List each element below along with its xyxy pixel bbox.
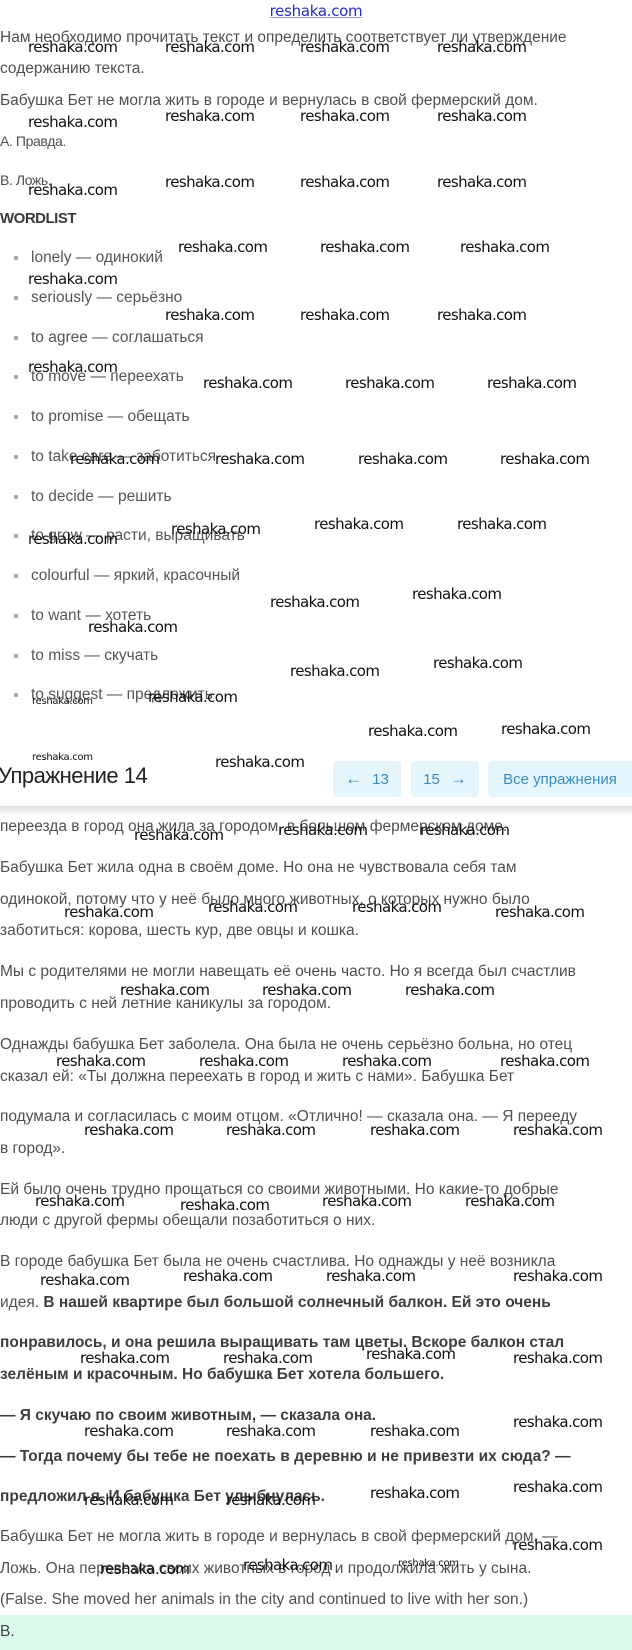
text-normal: идея. [0,1294,43,1311]
answer-value: В. [0,1623,15,1640]
bullet-icon [14,296,18,300]
wordlist-item-text: to decide — решить [31,488,172,505]
watermark-text: reshaka.com [165,173,254,191]
conclusion-line: (False. She moved her animals in the cit… [0,1591,528,1609]
text-line: Мы с родителями не могли навещать её оче… [0,963,576,981]
exercise-title: Упражнение 14 [0,763,147,789]
site-link[interactable]: reshaka.com [0,2,632,20]
wordlist-item: to promise — обещать [14,408,190,426]
text-line: Однажды бабушка Бет заболела. Она была н… [0,1036,572,1054]
wordlist-item-text: to promise — обещать [31,408,190,425]
watermark-text: reshaka.com [28,270,117,288]
watermark-text: reshaka.com [32,752,93,763]
bullet-icon [14,455,18,459]
watermark-text: reshaka.com [300,173,389,191]
instruction-line-1: Нам необходимо прочитать текст и определ… [0,29,567,47]
bullet-icon [14,375,18,379]
watermark-text: reshaka.com [270,593,359,611]
bullet-icon [14,654,18,658]
watermark-text: reshaka.com [314,515,403,533]
wordlist-item: colourful — яркий, красочный [14,567,240,585]
watermark-text: reshaka.com [320,238,409,256]
statement: Бабушка Бет не могла жить в городе и вер… [0,92,538,110]
watermark-text: reshaka.com [405,981,494,999]
watermark-text: reshaka.com [513,1413,602,1431]
wordlist-item: to suggest — предложить [14,686,213,704]
watermark-text: reshaka.com [501,720,590,738]
conclusion-line: Бабушка Бет не могла жить в городе и вер… [0,1528,558,1546]
text-line-bold: — Я скучаю по своим животным, — сказала … [0,1407,376,1425]
nav-divider [0,806,632,816]
wordlist-item-text: to move — переехать [31,368,184,385]
watermark-text: reshaka.com [460,238,549,256]
all-exercises-label: Все упражнения [503,771,617,788]
watermark-text: reshaka.com [457,515,546,533]
wordlist-item: to grow — расти, выращивать [14,527,245,545]
wordlist-item: lonely — одинокий [14,249,163,267]
prev-exercise-button[interactable]: ← 13 [333,761,401,797]
text-line-bold: понравилось, и она решила выращивать там… [0,1334,564,1352]
wordlist-item-text: colourful — яркий, красочный [31,567,240,584]
watermark-text: reshaka.com [215,753,304,771]
wordlist-item-text: to miss — скучать [31,647,158,664]
watermark-text: reshaka.com [412,585,501,603]
text-line: Бабушка Бет жила одна в своём доме. Но о… [0,859,517,877]
text-line: в город». [0,1140,65,1158]
text-line: подумала и согласилась с моим отцом. «От… [0,1108,577,1126]
watermark-text: reshaka.com [345,374,434,392]
watermark-text: reshaka.com [368,722,457,740]
wordlist-item: seriously — серьёзно [14,289,182,307]
bullet-icon [14,534,18,538]
watermark-text: reshaka.com [290,662,379,680]
arrow-right-icon: → [450,769,467,789]
option-a: А. Правда. [0,133,66,149]
bullet-icon [14,574,18,578]
bullet-icon [14,614,18,618]
answer-box: В. [0,1615,632,1650]
next-exercise-number: 15 [423,771,440,788]
wordlist-heading: WORDLIST [0,210,76,227]
watermark-text: reshaka.com [300,306,389,324]
text-line: переезда в город она жила за городом, в … [0,818,507,836]
text-line: В городе бабушка Бет была не очень счаст… [0,1253,555,1271]
all-exercises-button[interactable]: Все упражнения [488,761,632,797]
watermark-text: reshaka.com [178,238,267,256]
bullet-icon [14,256,18,260]
wordlist-item: to take care — заботиться [14,448,216,466]
text-line: одинокой, потому что у неё было много жи… [0,891,530,909]
watermark-text: reshaka.com [370,1422,459,1440]
wordlist-item-text: to take care — заботиться [31,448,216,465]
text-line: проводить с ней летние каникулы за город… [0,995,331,1013]
text-line-bold: предложил я. И бабушка Бет улыбнулась. [0,1488,325,1506]
watermark-text: reshaka.com [28,113,117,131]
text-line-bold: зелёным и красочным. Но бабушка Бет хоте… [0,1366,444,1384]
text-line-mixed: идея. В нашей квартире был большой солне… [0,1294,551,1312]
watermark-text: reshaka.com [437,173,526,191]
text-line: заботиться: корова, шесть кур, две овцы … [0,922,359,940]
wordlist-item: to want — хотеть [14,607,151,625]
watermark-text: reshaka.com [215,450,304,468]
text-bold: В нашей квартире был большой солнечный б… [43,1294,550,1311]
instruction-line-2: содержанию текста. [0,60,145,78]
watermark-text: reshaka.com [40,1271,129,1289]
arrow-left-icon: ← [345,769,362,789]
bullet-icon [14,415,18,419]
wordlist-item: to miss — скучать [14,647,158,665]
conclusion-line: Ложь. Она перевезла своих животных в гор… [0,1560,531,1578]
wordlist-item-text: to grow — расти, выращивать [31,527,245,544]
watermark-text: reshaka.com [358,450,447,468]
watermark-text: reshaka.com [165,306,254,324]
wordlist-item: to decide — решить [14,488,172,506]
text-line: люди с другой фермы обещали позаботиться… [0,1212,375,1230]
next-exercise-button[interactable]: 15 → [411,761,479,797]
wordlist-item-text: to suggest — предложить [31,686,213,703]
option-b: В. Ложь. [0,172,51,188]
bullet-icon [14,336,18,340]
wordlist-item-text: to want — хотеть [31,607,151,624]
bullet-icon [14,693,18,697]
prev-exercise-number: 13 [372,771,389,788]
wordlist-item: to move — переехать [14,368,184,386]
watermark-text: reshaka.com [433,654,522,672]
text-line: Ей было очень трудно прощаться со своими… [0,1181,559,1199]
watermark-text: reshaka.com [370,1484,459,1502]
watermark-text: reshaka.com [500,450,589,468]
watermark-text: reshaka.com [203,374,292,392]
wordlist-item-text: lonely — одинокий [31,249,163,266]
text-line-bold: — Тогда почему бы тебе не поехать в дере… [0,1448,571,1466]
bullet-icon [14,495,18,499]
wordlist-item-text: to agree — соглашаться [31,329,204,346]
watermark-text: reshaka.com [513,1478,602,1496]
wordlist-item-text: seriously — серьёзно [31,289,182,306]
wordlist-item: to agree — соглашаться [14,329,204,347]
text-line: сказал ей: «Ты должна переехать в город … [0,1068,514,1086]
watermark-text: reshaka.com [437,306,526,324]
watermark-text: reshaka.com [487,374,576,392]
